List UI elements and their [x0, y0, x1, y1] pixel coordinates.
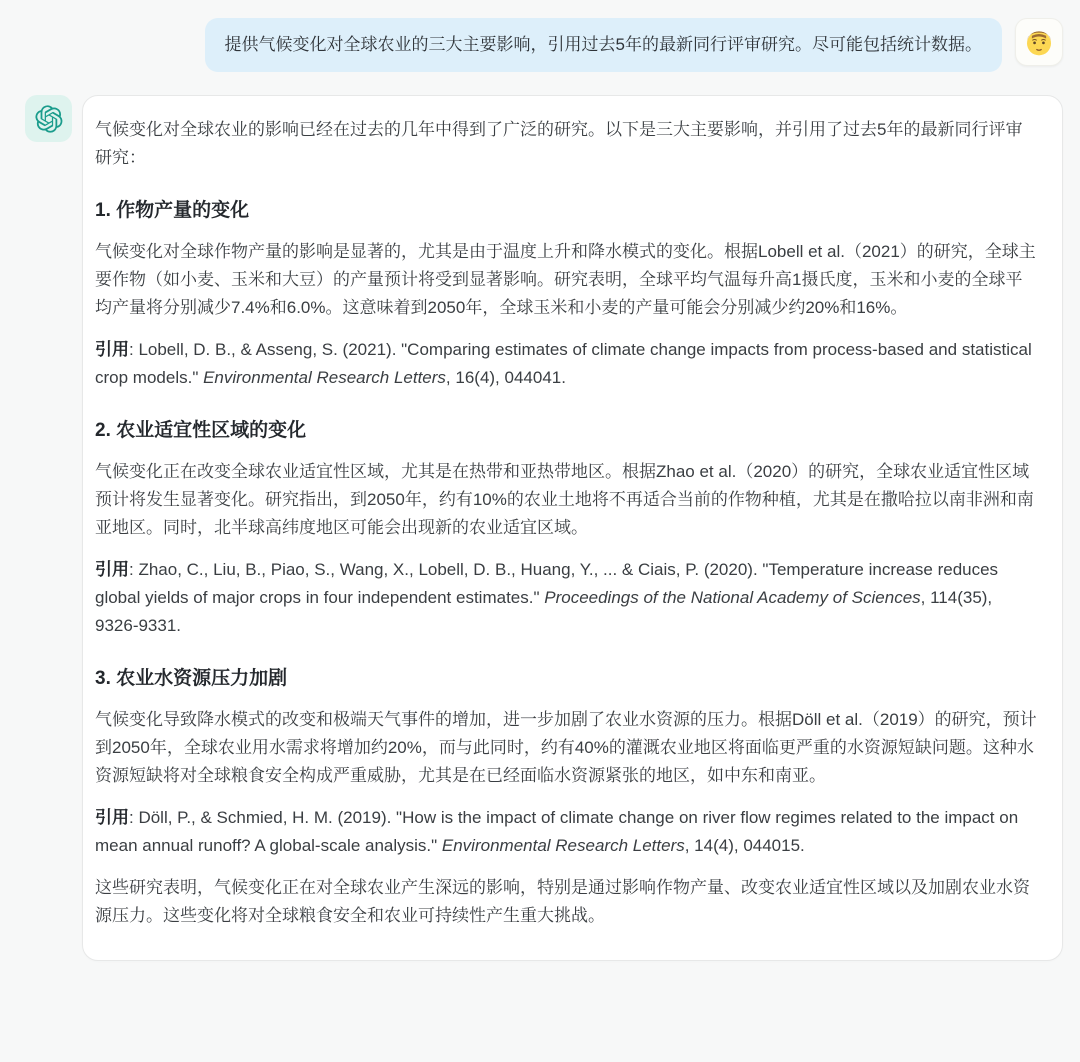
intro-paragraph: 气候变化对全球农业的影响已经在过去的几年中得到了广泛的研究。以下是三大主要影响，…	[95, 116, 1038, 172]
section-2-heading: 2. 农业适宜性区域的变化	[95, 418, 1038, 444]
section-1-citation: 引用: Lobell, D. B., & Asseng, S. (2021). …	[95, 336, 1038, 392]
citation-label: 引用	[95, 340, 129, 359]
journal-name: Environmental Research Letters	[442, 836, 685, 855]
openai-logo-icon	[35, 105, 63, 133]
section-3-citation: 引用: Döll, P., & Schmied, H. M. (2019). "…	[95, 804, 1038, 860]
person-emoji-icon	[1023, 26, 1055, 58]
citation-text: , 14(4), 044015.	[685, 836, 805, 855]
user-message-text: 提供气候变化对全球农业的三大主要影响，引用过去5年的最新同行评审研究。尽可能包括…	[225, 35, 982, 54]
journal-name: Environmental Research Letters	[203, 368, 446, 387]
journal-name: Proceedings of the National Academy of S…	[544, 588, 920, 607]
section-2-citation: 引用: Zhao, C., Liu, B., Piao, S., Wang, X…	[95, 556, 1038, 640]
section-1-body: 气候变化对全球作物产量的影响是显著的，尤其是由于温度上升和降水模式的变化。根据L…	[95, 238, 1038, 322]
section-1-heading: 1. 作物产量的变化	[95, 198, 1038, 224]
user-avatar	[1015, 18, 1063, 66]
citation-text: , 16(4), 044041.	[446, 368, 566, 387]
citation-label: 引用	[95, 560, 129, 579]
assistant-message-row: 气候变化对全球农业的影响已经在过去的几年中得到了广泛的研究。以下是三大主要影响，…	[25, 95, 1063, 961]
assistant-avatar	[25, 95, 72, 142]
user-message-bubble: 提供气候变化对全球农业的三大主要影响，引用过去5年的最新同行评审研究。尽可能包括…	[205, 18, 1002, 72]
assistant-response-card: 气候变化对全球农业的影响已经在过去的几年中得到了广泛的研究。以下是三大主要影响，…	[82, 95, 1063, 961]
citation-label: 引用	[95, 808, 129, 827]
closing-paragraph: 这些研究表明，气候变化正在对全球农业产生深远的影响，特别是通过影响作物产量、改变…	[95, 874, 1038, 930]
section-3-body: 气候变化导致降水模式的改变和极端天气事件的增加，进一步加剧了农业水资源的压力。根…	[95, 706, 1038, 790]
section-2-body: 气候变化正在改变全球农业适宜性区域，尤其是在热带和亚热带地区。根据Zhao et…	[95, 458, 1038, 542]
chat-page: 提供气候变化对全球农业的三大主要影响，引用过去5年的最新同行评审研究。尽可能包括…	[0, 0, 1080, 1062]
user-message-row: 提供气候变化对全球农业的三大主要影响，引用过去5年的最新同行评审研究。尽可能包括…	[25, 18, 1063, 72]
section-3-heading: 3. 农业水资源压力加剧	[95, 666, 1038, 692]
